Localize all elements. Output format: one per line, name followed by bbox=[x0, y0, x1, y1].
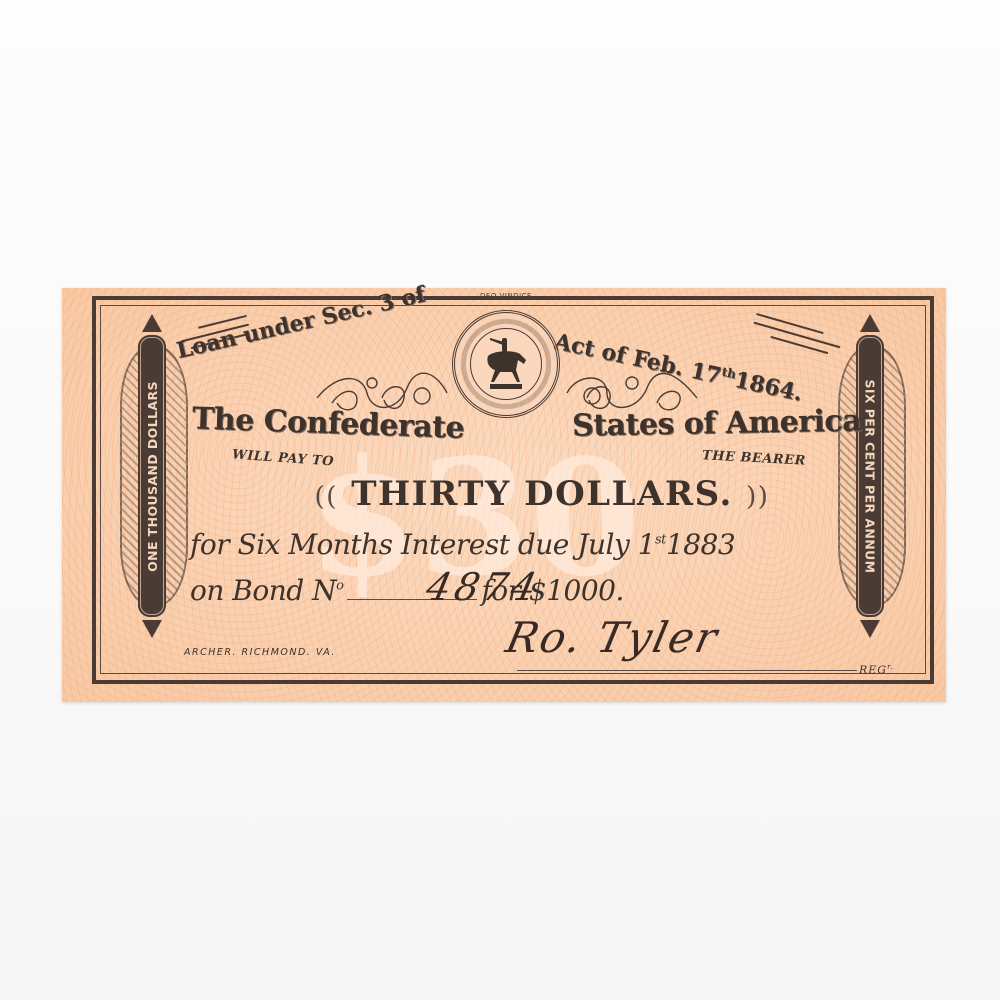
title-states-of-america: States of America bbox=[572, 403, 862, 443]
interest-ordinal: st bbox=[655, 533, 666, 548]
amount-paren-close: )) bbox=[746, 482, 769, 512]
registrar-text: REG bbox=[859, 664, 887, 677]
right-rate-bar: SIX PER CENT PER ANNUM bbox=[856, 335, 884, 617]
interest-year: 1883 bbox=[666, 528, 735, 561]
confederate-seal: DEO VINDICE bbox=[452, 310, 560, 418]
equestrian-statue-icon bbox=[480, 334, 532, 394]
bond-coupon: $30 ONE THOUSAND DOLLARS SIX PER CENT PE… bbox=[62, 288, 946, 702]
amount-paren-open: (( bbox=[315, 482, 338, 512]
bond-number-line: on Bond Nofor $1000. bbox=[190, 574, 624, 607]
finial-bottom-icon bbox=[142, 620, 162, 638]
bond-prefix: on Bond N bbox=[190, 574, 336, 607]
right-panel-text: SIX PER CENT PER ANNUM bbox=[863, 379, 878, 573]
registrar-signature: Ro. Tyler bbox=[502, 613, 723, 662]
left-side-panel: ONE THOUSAND DOLLARS bbox=[132, 326, 172, 626]
left-panel-text: ONE THOUSAND DOLLARS bbox=[145, 381, 160, 572]
interest-due-line: for Six Months Interest due July 1st1883 bbox=[190, 528, 735, 561]
signature-line bbox=[517, 670, 857, 671]
printer-imprint: ARCHER. RICHMOND. VA. bbox=[184, 647, 336, 658]
interest-text: for Six Months Interest due July 1 bbox=[190, 528, 655, 561]
seal-motto: DEO VINDICE bbox=[452, 292, 560, 300]
right-side-panel: SIX PER CENT PER ANNUM bbox=[850, 326, 890, 626]
registrar-label: REGr. bbox=[859, 663, 894, 677]
coupon-amount: (( THIRTY DOLLARS. )) bbox=[292, 474, 792, 514]
handwritten-bond-number: 4874 bbox=[422, 565, 544, 609]
bond-number-sign: o bbox=[336, 579, 343, 594]
amount-text: THIRTY DOLLARS. bbox=[351, 474, 733, 514]
left-denomination-bar: ONE THOUSAND DOLLARS bbox=[138, 335, 166, 617]
registrar-suffix: r. bbox=[887, 663, 894, 671]
finial-top-icon bbox=[142, 314, 162, 332]
finial-top-icon bbox=[860, 314, 880, 332]
finial-bottom-icon bbox=[860, 620, 880, 638]
